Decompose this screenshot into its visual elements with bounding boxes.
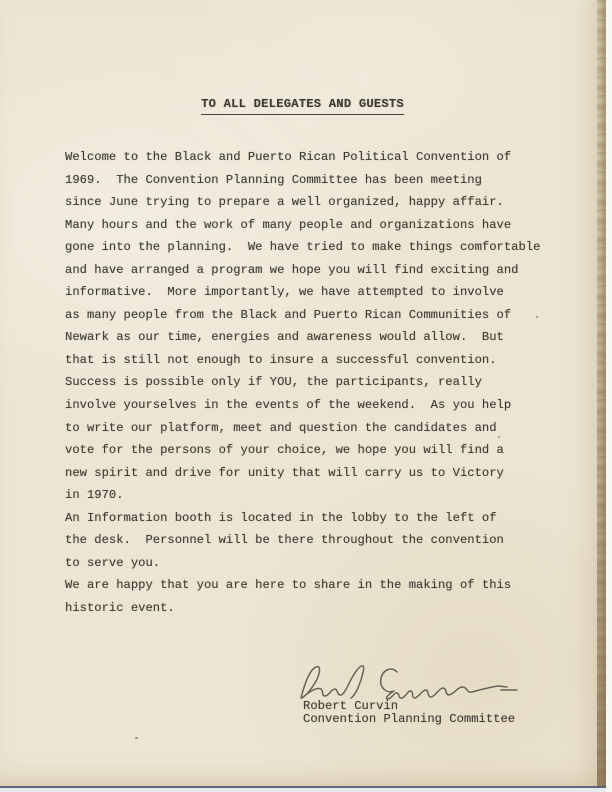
typed-line: in 1970. xyxy=(65,484,605,507)
typed-line: the desk. Personnel will be there throug… xyxy=(65,529,605,552)
typed-line: as many people from the Black and Puerto… xyxy=(65,304,605,327)
typed-line: historic event. xyxy=(65,597,605,620)
typed-line: informative. More importantly, we have a… xyxy=(65,281,605,304)
typed-line: Many hours and the work of many people a… xyxy=(65,214,605,237)
typed-line: We are happy that you are here to share … xyxy=(65,574,605,597)
typed-line: to serve you. xyxy=(65,552,605,575)
handwritten-signature xyxy=(297,664,523,702)
typed-line: Success is possible only if YOU, the par… xyxy=(65,371,605,394)
scan-speck xyxy=(135,737,138,739)
scan-speck xyxy=(536,316,538,318)
scan-edge-right xyxy=(597,0,606,787)
typed-line: An Information booth is located in the l… xyxy=(65,507,605,530)
scan-speck xyxy=(498,436,500,438)
typed-line: since June trying to prepare a well orga… xyxy=(65,191,605,214)
typed-line: Newark as our time, energies and awarene… xyxy=(65,326,605,349)
signature-block: Robert Curvin Convention Planning Commit… xyxy=(303,664,563,727)
typed-line: new spirit and drive for unity that will… xyxy=(65,462,605,485)
typed-line: and have arranged a program we hope you … xyxy=(65,259,605,282)
typed-line: vote for the persons of your choice, we … xyxy=(65,439,605,462)
letter-title: TO ALL DELEGATES AND GUESTS xyxy=(0,97,605,115)
scan-margin-right xyxy=(606,0,612,792)
typed-line: involve yourselves in the events of the … xyxy=(65,394,605,417)
typed-line: gone into the planning. We have tried to… xyxy=(65,236,605,259)
signer-org: Convention Planning Committee xyxy=(303,713,563,726)
scanned-letter-page: TO ALL DELEGATES AND GUESTS Welcome to t… xyxy=(0,0,612,792)
scan-margin-bottom xyxy=(0,788,606,792)
paper: TO ALL DELEGATES AND GUESTS Welcome to t… xyxy=(0,0,605,787)
typed-line: that is still not enough to insure a suc… xyxy=(65,349,605,372)
letter-title-text: TO ALL DELEGATES AND GUESTS xyxy=(201,97,404,115)
typed-line: 1969. The Convention Planning Committee … xyxy=(65,169,605,192)
typed-line: Welcome to the Black and Puerto Rican Po… xyxy=(65,146,605,169)
typed-line: to write our platform, meet and question… xyxy=(65,417,605,440)
letter-body: Welcome to the Black and Puerto Rican Po… xyxy=(65,146,605,619)
